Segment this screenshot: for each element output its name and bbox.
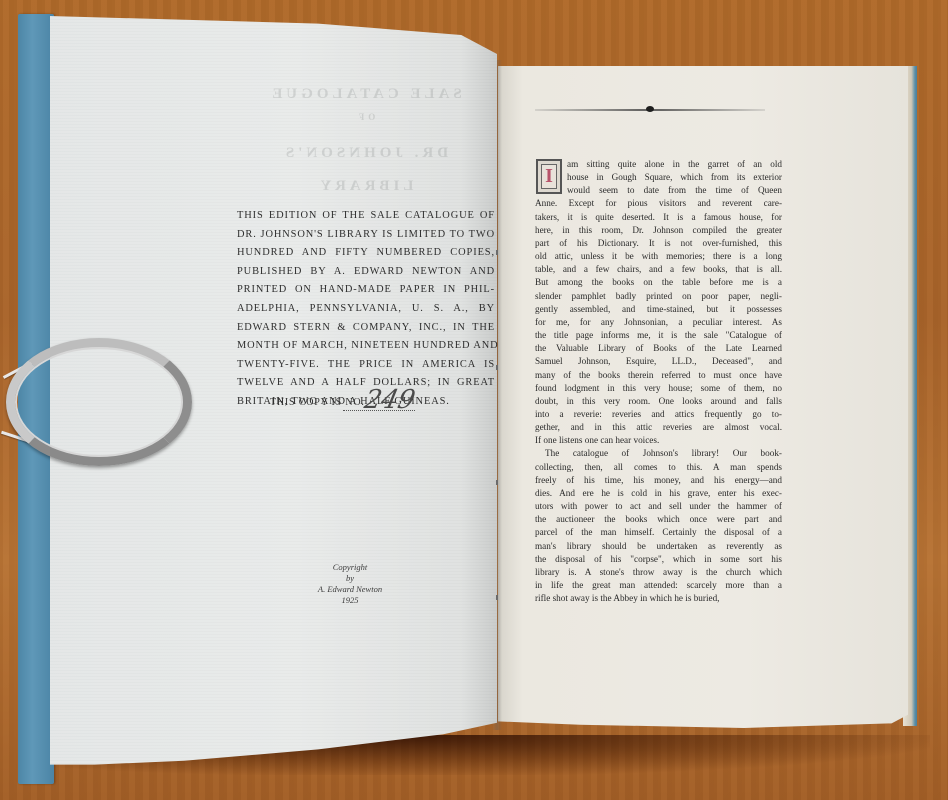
show-through-name: DR. JOHNSON'S: [260, 145, 470, 162]
text-line: doubt, in this very room. One looks arou…: [535, 395, 782, 408]
text-line: many of the books therein referred to mu…: [535, 369, 782, 382]
show-through-library: LIBRARY: [260, 178, 470, 195]
text-line: in life the great man attended: scarcely…: [535, 579, 782, 592]
header-ornament-dot: [646, 106, 654, 112]
copyright-line: by: [280, 573, 420, 584]
colophon-line: This edition of the sale catalogue of: [237, 207, 495, 226]
colophon-line: hundred and fifty numbered copies,: [237, 244, 495, 263]
copyright-line: 1925: [280, 595, 420, 606]
colophon-line: printed on hand-made paper in Phil-: [237, 281, 495, 300]
text-line: for me, for any Johnsonian, a peculiar i…: [535, 316, 782, 329]
text-line: table, and a few chairs, and a few books…: [535, 263, 782, 276]
binding-stitch: [496, 480, 498, 485]
text-line: part of his Dictionary. It is not over-f…: [535, 237, 782, 250]
essay-text: am sitting quite alone in the garret of …: [535, 158, 782, 605]
colophon-line: twenty-five. The price in America is: [237, 356, 495, 375]
text-line: into a reverie: reveries and attics freq…: [535, 408, 782, 421]
text-line: here, in this room, Dr. Johnson compiled…: [535, 224, 782, 237]
text-line: the title page informs me, it is the sal…: [535, 329, 782, 342]
text-line: freely of his time, his money, and his e…: [535, 474, 782, 487]
text-line: But among the books on the table before …: [535, 276, 782, 289]
copyright-line: Copyright: [280, 562, 420, 573]
metal-ring-clip: [6, 338, 192, 466]
text-line: the disposal of his "corpse", which in s…: [535, 553, 782, 566]
text-line: The catalogue of Johnson's library! Our …: [535, 447, 782, 460]
text-line: would seem to date from the time of Quee…: [535, 184, 782, 197]
text-line: man's library should be undertaken as re…: [535, 540, 782, 553]
edition-colophon: This edition of the sale catalogue of Dr…: [237, 207, 495, 412]
text-line: If one listens one can hear voices.: [535, 434, 782, 447]
text-line: takers, it is quite deserted. It is a fa…: [535, 211, 782, 224]
text-line: the Valuable Library of Books of the Lat…: [535, 342, 782, 355]
text-line: Samuel Johnson, Esquire, LL.D., Deceased…: [535, 355, 782, 368]
copyright-notice: Copyright by A. Edward Newton 1925: [280, 562, 420, 606]
text-line: dies. And ere he is cold in his grave, e…: [535, 487, 782, 500]
text-line: utors with power to act and sell under t…: [535, 500, 782, 513]
text-line: house in Gough Square, which from its ex…: [535, 171, 782, 184]
colophon-line: Dr. Johnson's library is limited to two: [237, 226, 495, 245]
text-line: collecting, then, all comes to this. A m…: [535, 461, 782, 474]
binding-stitch: [496, 595, 498, 600]
handwritten-copy-number: 249: [362, 385, 418, 415]
copy-number-label: This copy is No.: [270, 397, 365, 408]
binding-stitch: [496, 365, 498, 370]
text-line: gently assembled, and time-stained, but …: [535, 303, 782, 316]
text-line: Anne. Except for pious visitors and reve…: [535, 197, 782, 210]
colophon-line: adelphia, Pennsylvania, U. S. A., by: [237, 300, 495, 319]
copyright-line: A. Edward Newton: [280, 584, 420, 595]
text-line: found lodgment in this very house; some …: [535, 382, 782, 395]
text-line: library is. A stone's throw away is the …: [535, 566, 782, 579]
text-line: am sitting quite alone in the garret of …: [535, 158, 782, 171]
binding-stitch: [496, 250, 498, 255]
show-through-of: OF: [260, 112, 470, 122]
text-line: slender pamphlet badly printed on poor p…: [535, 290, 782, 303]
text-line: rifle shot away is the Abbey in which he…: [535, 592, 782, 605]
colophon-line: published by A. Edward Newton and: [237, 263, 495, 282]
colophon-line: month of March, nineteen hundred and: [237, 337, 495, 356]
show-through-title: SALE CATALOGUE: [260, 86, 470, 103]
text-line: old attic, unless it be with memories; t…: [535, 250, 782, 263]
colophon-line: Edward Stern & Company, Inc., in the: [237, 319, 495, 338]
text-line: parcel of the man himself. Certainly the…: [535, 526, 782, 539]
text-line: the auctioneer the books which once were…: [535, 513, 782, 526]
text-line: gether, and in this attic reveries are a…: [535, 421, 782, 434]
